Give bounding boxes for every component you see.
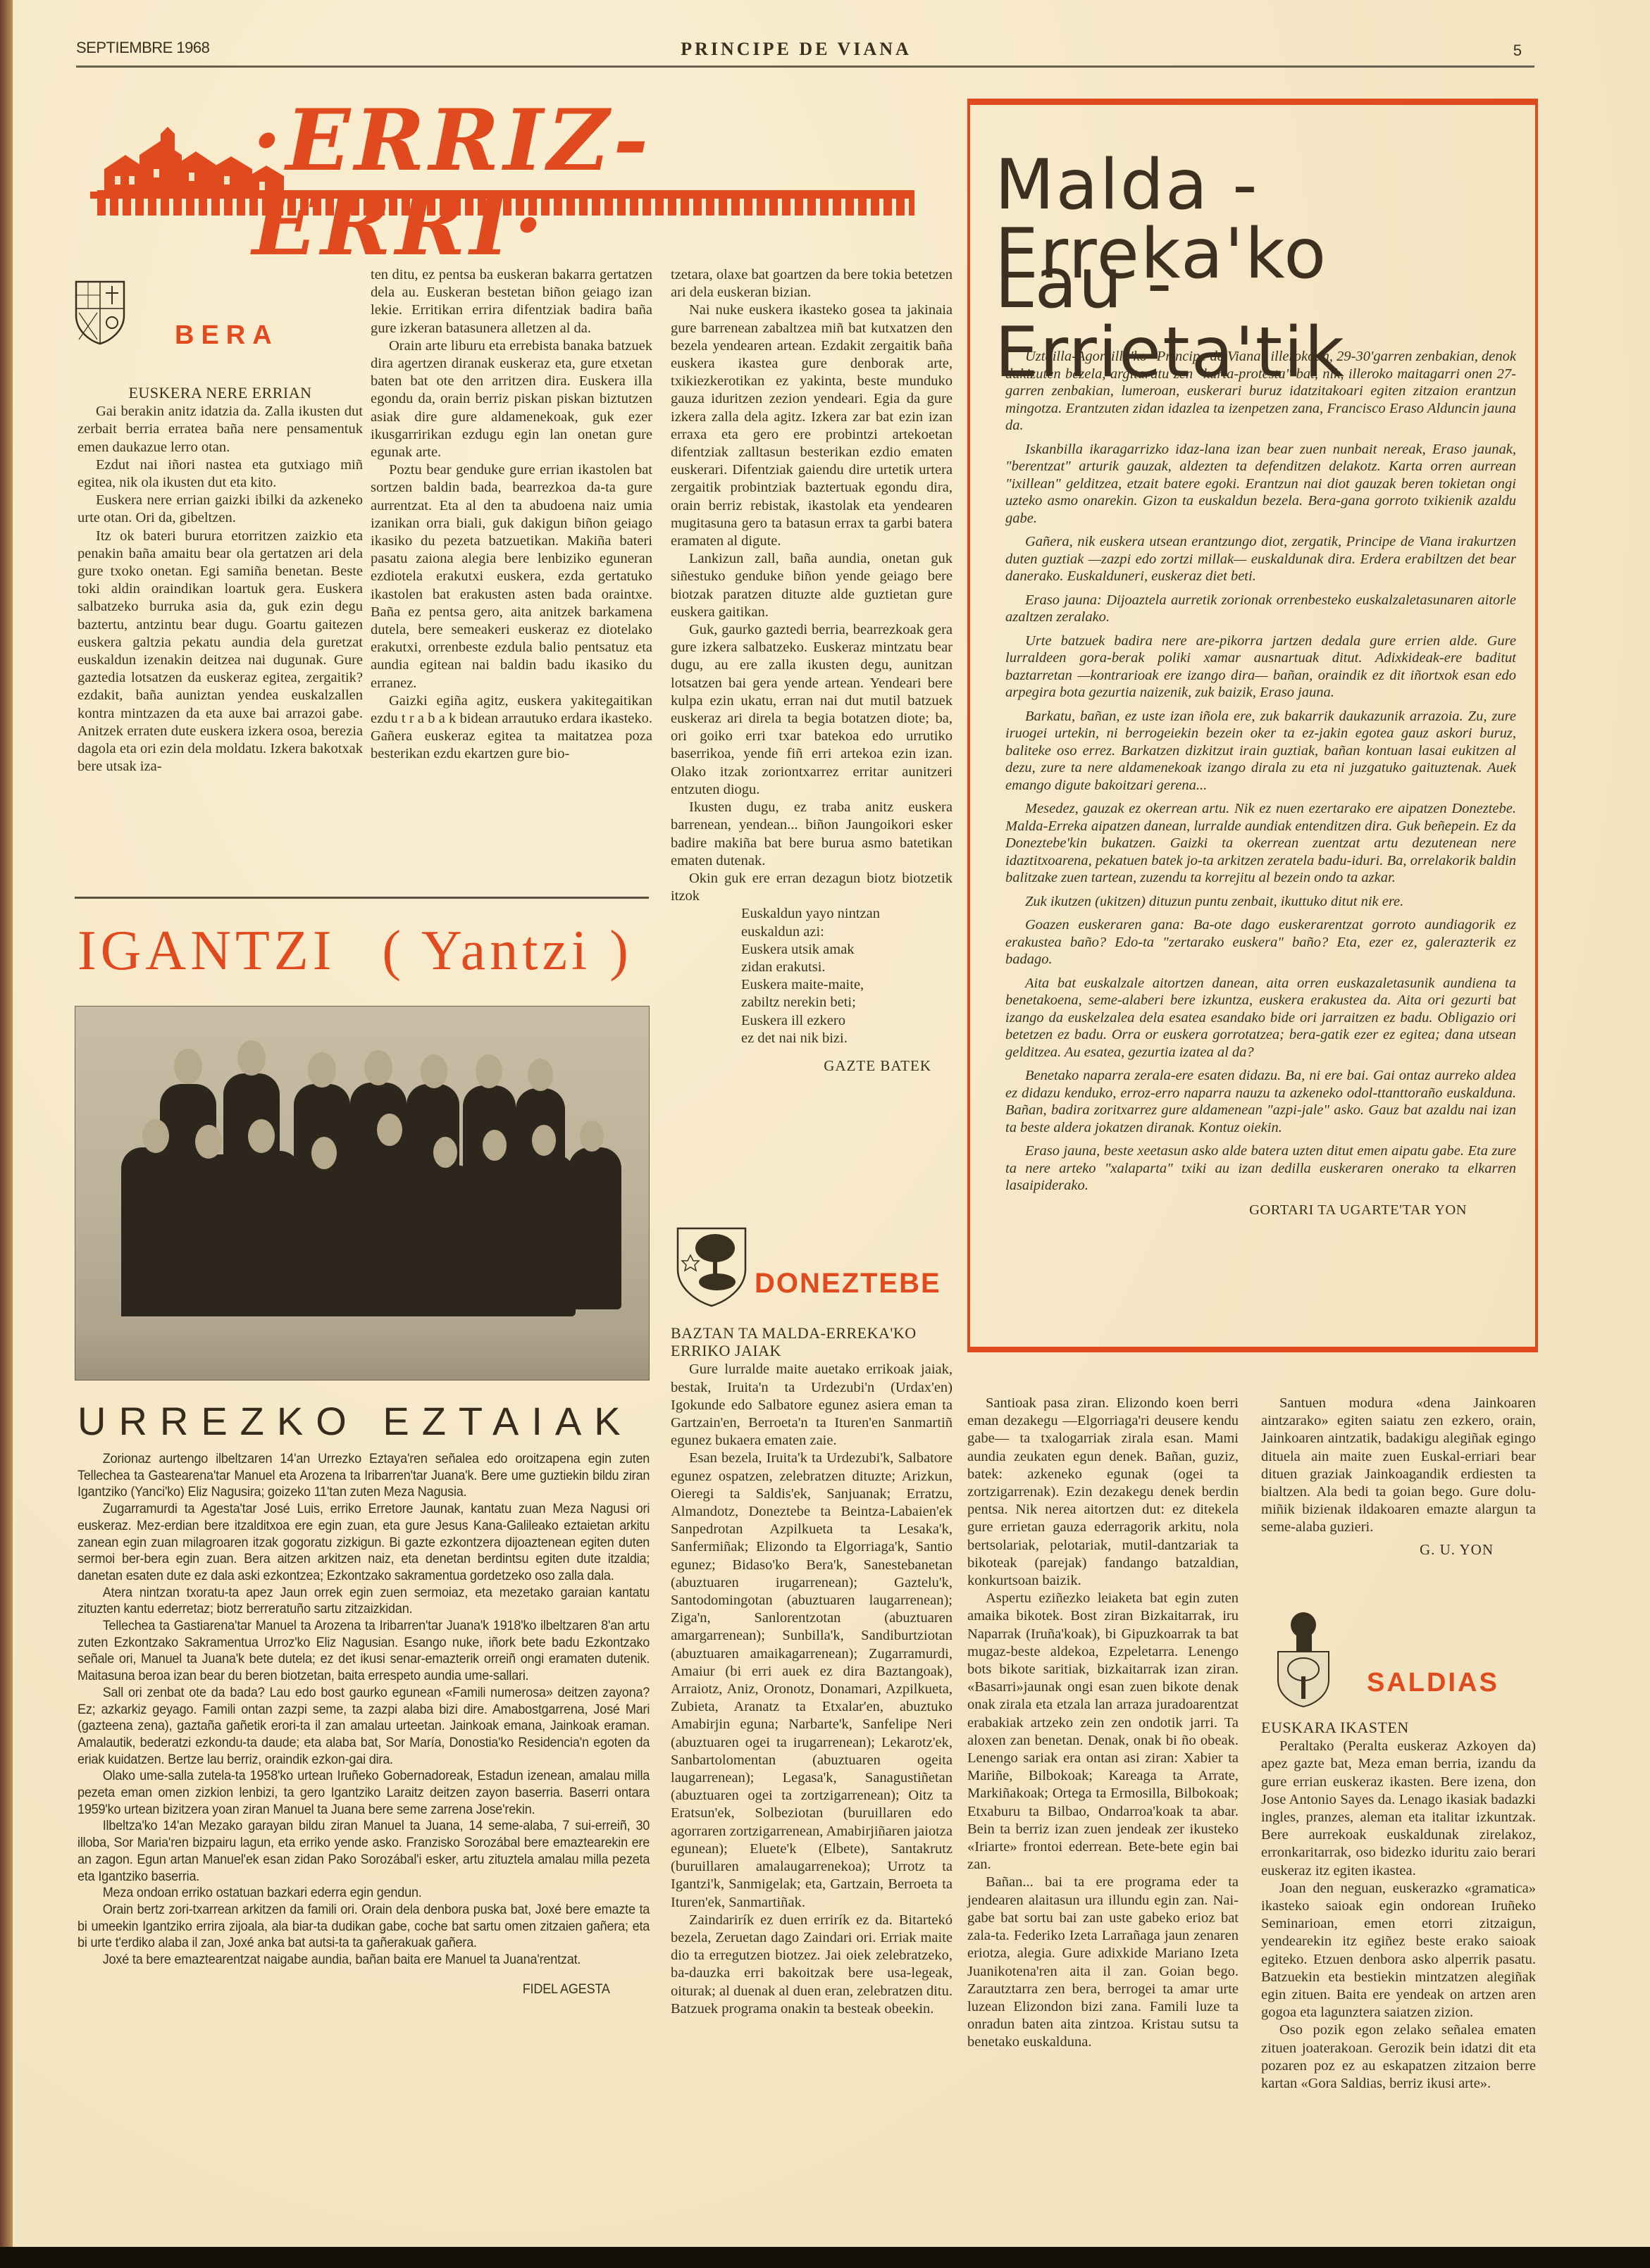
paragraph: Atera nintzan txoratu-ta apez Jaun orrek… [77, 1585, 650, 1618]
town-heading-saldias: SALDIAS [1367, 1668, 1499, 1698]
poem-line: Euskera utsik amak [741, 941, 953, 959]
paragraph: Zuk ikutzen (ukitzen) dituzun puntu zenb… [1005, 893, 1516, 911]
malda-article-body: Uztailla-Agorrilla'ko "Principe de Viana… [1005, 348, 1516, 1219]
paragraph: Iskanbilla ikaragarrizko idaz-lana izan … [1005, 441, 1516, 528]
paragraph: Sall ori zenbat ote da bada? Lau edo bos… [77, 1685, 650, 1769]
article-headline: URREZKO EZTAIAK [77, 1398, 633, 1444]
article-signature: FIDEL AGESTA [77, 1981, 650, 1998]
paragraph: Orain arte liburu eta errebista banaka b… [371, 337, 652, 461]
article-signature: GAZTE BATEK [671, 1057, 953, 1075]
town-subtitle: ( Yantzi ) [382, 920, 633, 982]
publication-title: PRINCIPE DE VIANA [63, 39, 1529, 60]
article-headline: BAZTAN TA MALDA-ERREKA'KO ERRIKO JAIAK [671, 1324, 953, 1359]
paragraph: Euskera nere errian gaizki ibilki da azk… [77, 492, 363, 527]
paragraph: Meza ondoan erriko ostatuan bazkari eder… [77, 1885, 650, 1902]
paragraph: Zugarramurdi ta Agesta'tar José Luis, er… [77, 1501, 650, 1585]
bera-article-col1: EUSKERA NERE ERRIAN Gai berakin anitz id… [77, 384, 363, 775]
town-heading-bera: BERA [175, 320, 279, 351]
article-headline: EUSKARA IKASTEN [1261, 1719, 1536, 1736]
article-signature: GORTARI TA UGARTE'TAR YON [1005, 1202, 1516, 1219]
saldias-article: EUSKARA IKASTEN Peraltako (Peralta euske… [1261, 1719, 1536, 2093]
article-signature: G. U. YON [1261, 1541, 1536, 1559]
header-rule [76, 66, 1534, 68]
running-head: SEPTIEMBRE 1968 PRINCIPE DE VIANA 5 [63, 39, 1529, 67]
paragraph: Zaindarirík ez duen errirík ez da. Bitar… [671, 1912, 953, 2018]
paragraph: Uztailla-Agorrilla'ko "Principe de Viana… [1005, 348, 1516, 435]
paragraph: Ezdut nai iñori nastea eta gutxiago miñ … [77, 456, 363, 492]
paragraph: Tellechea ta Gastiarena'tar Manuel ta Ar… [77, 1618, 650, 1685]
paragraph: Guk, gaurko gaztedi berria, bearrezkoak … [671, 621, 953, 799]
poem: Euskaldun yayo nintzan euskaldun azi: Eu… [671, 905, 953, 1047]
poem-line: ez det nai nik bizi. [741, 1030, 953, 1047]
paragraph: Ilbeltza'ko 14'an Mezako garayan bildu z… [77, 1818, 650, 1885]
poem-line: Euskaldun yayo nintzan [741, 905, 953, 923]
poem-line: zidan erakutsi. [741, 959, 953, 976]
malda-erreka-article-box: Malda - Erreka'ko Lau - Errieta'tik Uzta… [967, 99, 1538, 1352]
tree-helmet-coat-of-arms-icon [1275, 1609, 1332, 1708]
paragraph: Joxé ta bere emaztearentzat naigabe aund… [77, 1952, 650, 1969]
paragraph: Barkatu, bañan, ez uste izan iñola ere, … [1005, 708, 1516, 795]
paragraph: Poztu bear genduke gure errian ikastolen… [371, 461, 652, 692]
bera-article-col3: tzetara, olaxe bat goartzen da bere toki… [671, 266, 953, 1075]
paragraph: Itz ok bateri burura etorritzen zaizkio … [77, 528, 363, 776]
paragraph: Aspertu eziñezko leiaketa bat egin zuten… [967, 1590, 1239, 1874]
paragraph: Oso pozik egon zelako señalea ematen zit… [1261, 2021, 1536, 2093]
paragraph: Benetako naparra zerala-ere esaten didaz… [1005, 1067, 1516, 1136]
doneztebe-article-col1: BAZTAN TA MALDA-ERREKA'KO ERRIKO JAIAK G… [671, 1324, 953, 2018]
section-divider [75, 897, 649, 899]
navarre-coat-of-arms-icon [75, 280, 125, 345]
paragraph: Zorionaz aurtengo ilbeltzaren 14'an Urre… [77, 1451, 650, 1501]
paragraph: Nai nuke euskera ikasteko gosea ta jakin… [671, 301, 953, 550]
town-heading-igantzi: IGANTZI [77, 920, 335, 982]
igantzi-heading: IGANTZI ( Yantzi ) [77, 923, 633, 979]
paragraph: Olako ume-salla zutela-ta 1958'ko urtean… [77, 1768, 650, 1818]
paragraph: Bañan... bai ta ere programa eder ta jen… [967, 1874, 1239, 2051]
tree-boar-coat-of-arms-icon [676, 1227, 747, 1308]
paragraph: Joan den neguan, euskerazko «gramatica» … [1261, 1880, 1536, 2022]
town-heading-doneztebe: DONEZTEBE [755, 1268, 941, 1300]
paragraph: Santioak pasa ziran. Elizondo koen berri… [967, 1395, 1239, 1590]
poem-line: zabiltz nerekin beti; [741, 994, 953, 1011]
paragraph: Aita bat euskalzale aitortzen danean, ai… [1005, 975, 1516, 1061]
article-headline: EUSKERA NERE ERRIAN [77, 384, 363, 401]
obituary-continuation: Santuen modura «dena Jainkoaren aintzara… [1261, 1395, 1536, 1559]
paragraph: Gañera, nik euskera utsean erantzungo di… [1005, 533, 1516, 585]
paragraph: Gure lurralde maite auetako errikoak jai… [671, 1361, 953, 1450]
paragraph: ten ditu, ez pentsa ba euskeran bakarra … [371, 266, 652, 337]
paragraph: tzetara, olaxe bat goartzen da bere toki… [671, 266, 953, 301]
poem-line: Euskera ill ezkero [741, 1012, 953, 1030]
paragraph: Mesedez, gauzak ez okerrean artu. Nik ez… [1005, 800, 1516, 887]
erriz-erri-banner: ·ERRIZ-ERRI· [90, 99, 929, 215]
group-photo [75, 1006, 650, 1381]
newspaper-page: SEPTIEMBRE 1968 PRINCIPE DE VIANA 5 ·ERR… [13, 0, 1650, 2268]
paragraph: Gai berakin anitz idatzia da. Zalla ikus… [77, 403, 363, 456]
paragraph: Ikusten dugu, ez traba anitz euskera bar… [671, 799, 953, 870]
paragraph: Lankizun zall, baña aundia, onetan guk s… [671, 550, 953, 621]
paragraph: Esan bezela, Iruita'k ta Urdezubi'k, Sal… [671, 1450, 953, 1911]
urrezko-eztaiak-body: Zorionaz aurtengo ilbeltzaren 14'an Urre… [77, 1451, 650, 1998]
poem-line: euskaldun azi: [741, 923, 953, 941]
bera-article-col2: ten ditu, ez pentsa ba euskeran bakarra … [371, 266, 652, 764]
doneztebe-article-col2: Santioak pasa ziran. Elizondo koen berri… [967, 1395, 1239, 2052]
page-number: 5 [1513, 42, 1522, 60]
banner-fence-decoration [97, 190, 914, 216]
paragraph: Peraltako (Peralta euskeraz Azkoyen da) … [1261, 1738, 1536, 1880]
paragraph: Eraso jauna: Dijoaztela aurretik zoriona… [1005, 592, 1516, 626]
binding-spine [0, 0, 13, 2268]
paragraph: Goazen euskeraren gana: Ba-ote dago eusk… [1005, 916, 1516, 968]
section-banner-title: ·ERRIZ-ERRI· [252, 99, 929, 268]
paragraph: Eraso jauna, beste xeetasun asko alde ba… [1005, 1142, 1516, 1195]
paragraph: Santuen modura «dena Jainkoaren aintzara… [1261, 1395, 1536, 1537]
poem-line: Euskera maite-maite, [741, 976, 953, 994]
paragraph: Orain bertz zori-txarrean arkitzen da fa… [77, 1902, 650, 1952]
paragraph: Okin guk ere erran dezagun biotz biotzet… [671, 870, 953, 905]
paragraph: Gaizki egiña agitz, euskera yakitegaitik… [371, 692, 652, 764]
scan-bottom-edge [0, 2247, 1650, 2268]
paragraph: Urte batzuek badira nere are-pikorra jar… [1005, 633, 1516, 702]
